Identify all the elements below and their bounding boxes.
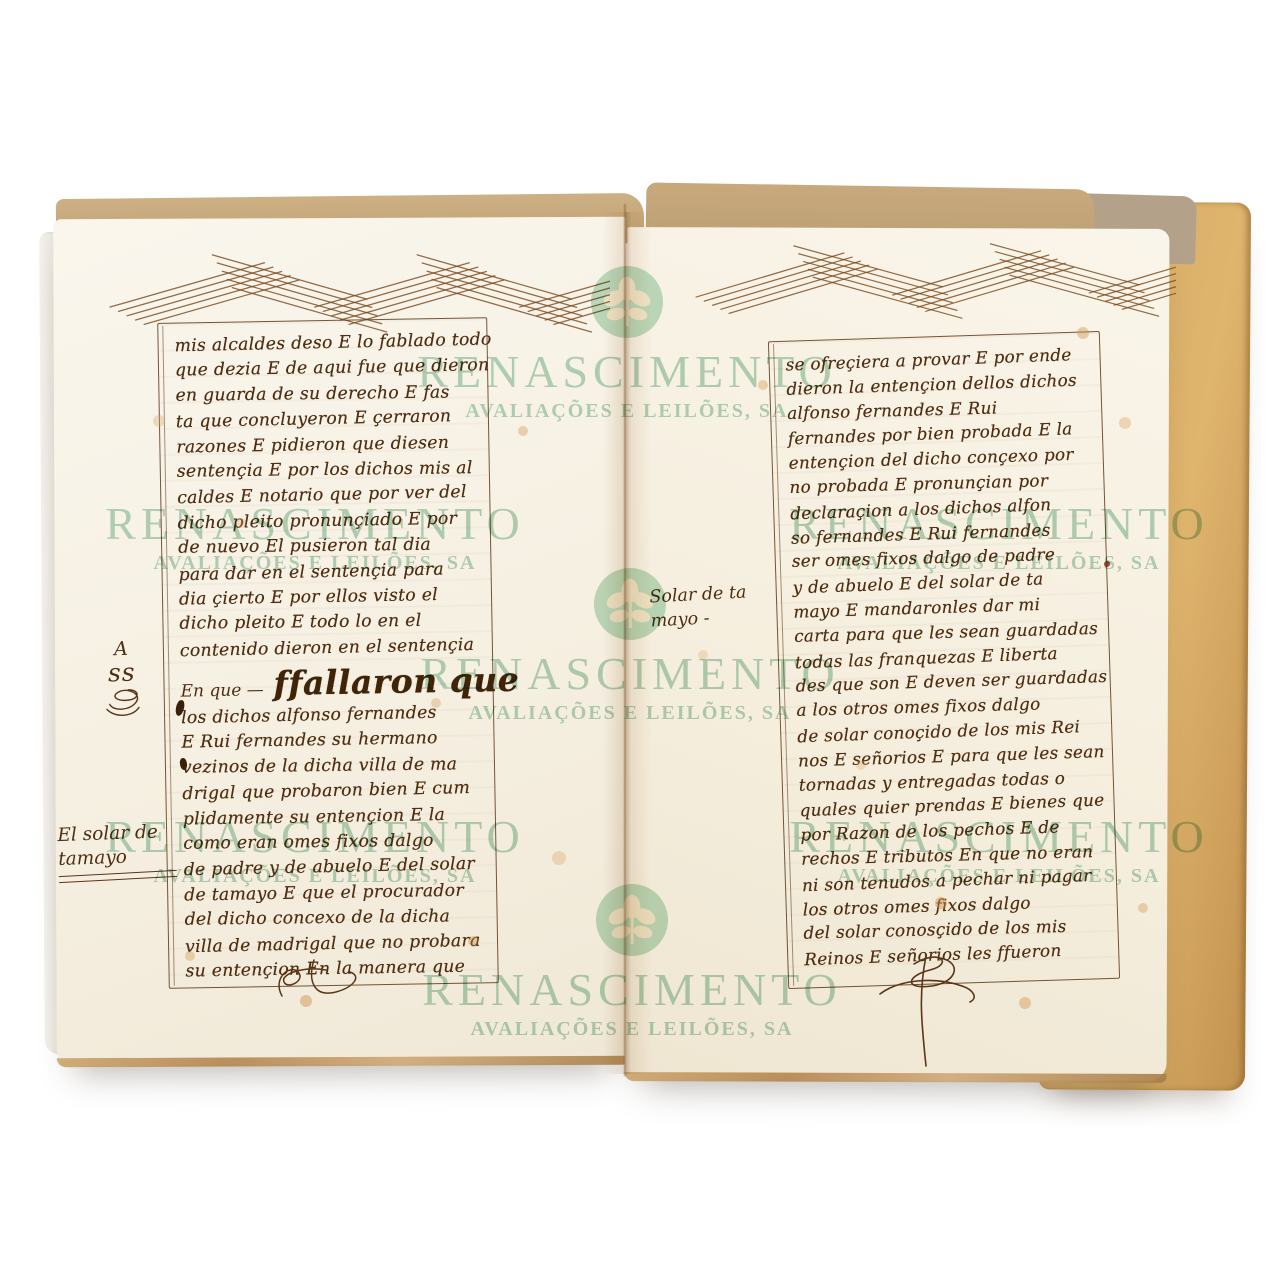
notary-rubric-icon	[868, 946, 1000, 1086]
margin-note-line: tamayo	[58, 847, 127, 870]
left-text-block: mis alcaldes deso E lo fablado todoque d…	[157, 317, 499, 989]
spiral-doodle-icon	[100, 685, 145, 719]
folio-marks: A ss	[91, 637, 154, 723]
foxing-spots	[0, 0, 6, 6]
margin-note-line: Solar de ta	[649, 582, 747, 607]
manuscript-photograph: mis alcaldes deso E lo fablado todoque d…	[0, 0, 1280, 1280]
drop-phrase: ffallaron que	[273, 660, 519, 703]
sentence-opening: En que —ffallaron que	[180, 660, 493, 707]
margin-note-solar-de-tamayo: Solar de ta mayo -	[649, 580, 748, 633]
folio-mark: ss	[91, 659, 152, 687]
pen-flourish-icon	[694, 233, 1177, 332]
margin-note-line: El solar de	[57, 822, 158, 846]
margin-note-el-solar-de-tamayo: El solar de tamayo	[57, 820, 177, 882]
book-gutter	[602, 212, 652, 1074]
margin-note-line: mayo -	[650, 608, 710, 631]
notary-rubric-icon	[262, 956, 374, 1014]
ink-dot	[1104, 561, 1110, 567]
sentence-lead: En que —	[180, 680, 263, 701]
gutter-crease	[624, 204, 626, 1076]
right-text-block: se ofreçiera a provar E por endedieron l…	[768, 331, 1120, 989]
